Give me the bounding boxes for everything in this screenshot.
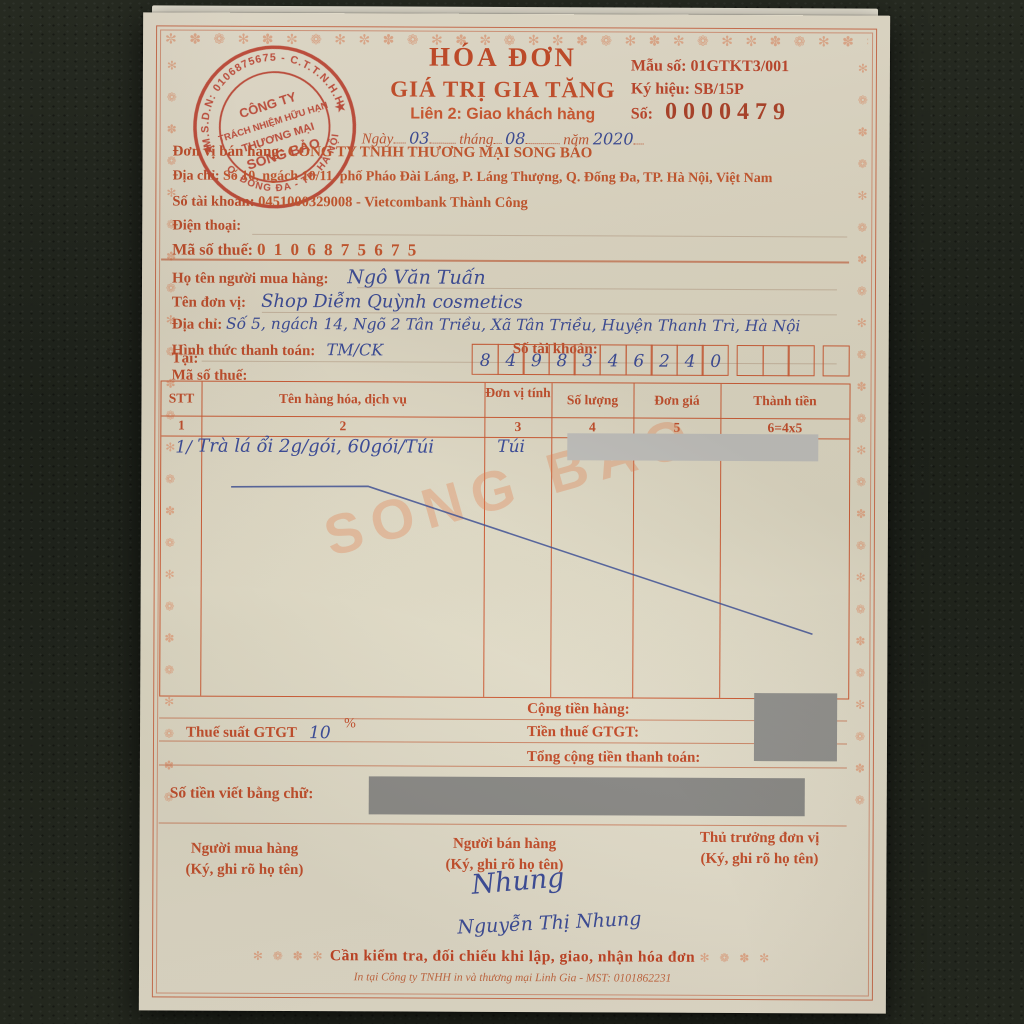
tax-box-empty — [823, 345, 850, 376]
signature-director: Thủ trưởng đơn vị (Ký, ghi rõ họ tên) — [659, 828, 859, 871]
grand-total-label: Tổng cộng tiền thanh toán: — [527, 749, 700, 767]
buyer-unit-label: Tên đơn vị: — [172, 295, 246, 311]
vat-rate-value: 10 — [309, 723, 331, 743]
col-header-name: Tên hàng hóa, dịch vụ — [201, 391, 484, 407]
serial-label: Ký hiệu: — [631, 81, 690, 98]
footer-notice-text: Cần kiểm tra, đối chiếu khi lập, giao, n… — [330, 947, 695, 966]
item-1-unit: Túi — [497, 437, 525, 457]
buyer-name-row: Họ tên người mua hàng: Ngô Văn Tuấn — [172, 266, 486, 289]
tax-box: 4 — [497, 344, 524, 375]
seller-account-label: Số tài khoản: — [172, 194, 254, 210]
serial-value: SB/15P — [694, 81, 744, 98]
signature-director-title: Thủ trưởng đơn vị — [660, 828, 860, 850]
vat-amount-label: Tiền thuế GTGT: — [527, 724, 639, 741]
buyer-address-value: Số 5, ngách 14, Ngõ 2 Tân Triều, Xã Tân … — [226, 315, 800, 336]
tax-box: 8 — [548, 344, 575, 375]
seller-address-value: Số 10, ngách 10/11, phố Pháo Đài Láng, P… — [223, 169, 773, 186]
footer-ornament-right: ✻ ❁ ✽ ✼ — [700, 951, 773, 965]
buyer-address-row: Địa chỉ: Số 5, ngách 14, Ngõ 2 Tân Triều… — [172, 315, 801, 337]
buyer-address-label: Địa chỉ: — [172, 317, 222, 333]
seller-tax-label: Mã số thuế: — [172, 242, 253, 259]
seller-address-row: Địa chỉ: Số 10, ngách 10/11, phố Pháo Đà… — [172, 169, 772, 188]
tax-box: 9 — [523, 344, 550, 375]
vat-rate-percent: % — [344, 716, 356, 732]
footer-notice: ✻ ❁ ✽ ✼ Cần kiểm tra, đối chiếu khi lập,… — [169, 946, 856, 967]
signature-buyer-note: (Ký, ghi rõ họ tên) — [149, 859, 339, 881]
buyer-name-value: Ngô Văn Tuấn — [347, 266, 485, 289]
tax-box-empty — [788, 345, 815, 376]
seller-unit-label: Đơn vị bán hàng: — [173, 144, 284, 160]
invoice-number: 0000479 — [665, 99, 791, 126]
seller-tax-row: Mã số thuế: 0 1 0 6 8 7 5 6 7 5 — [172, 240, 418, 261]
tax-box: 4 — [676, 345, 703, 376]
tax-box: 2 — [651, 345, 678, 376]
number-label: Số: — [631, 106, 653, 123]
form-no-line: Mẫu số: 01GTKT3/001 — [631, 55, 871, 79]
buyer-unit-value: Shop Diễm Quỳnh cosmetics — [261, 291, 523, 313]
buyer-tax-boxes: 8 4 9 8 3 4 6 2 4 0 — [472, 344, 849, 377]
tax-box-empty — [762, 345, 789, 376]
col-num-1: 1 — [161, 417, 201, 433]
seller-account-value: 0451000329008 - Vietcombank Thành Công — [258, 194, 528, 211]
tax-box: 3 — [574, 344, 601, 375]
seller-tax-value: 0 1 0 6 8 7 5 6 7 5 — [257, 240, 418, 260]
seller-phone-row: Điện thoại: — [172, 218, 241, 235]
signature-buyer-title: Người mua hàng — [149, 838, 339, 860]
seller-phone-label: Điện thoại: — [172, 218, 241, 234]
seller-account-row: Số tài khoản: 0451000329008 - Vietcomban… — [172, 194, 528, 213]
tax-box: 6 — [625, 344, 652, 375]
subtotal-label: Cộng tiền hàng: — [527, 701, 630, 718]
date-year-value: 2020 — [593, 129, 634, 148]
signature-seller-title: Người bán hàng — [410, 834, 600, 856]
buyer-payment-row: Hình thức thanh toán: TM/CK — [172, 340, 384, 361]
buyer-unit-row: Tên đơn vị: Shop Diễm Quỳnh cosmetics — [172, 291, 523, 314]
tax-box-empty — [737, 345, 764, 376]
seller-address-label: Địa chỉ: — [172, 169, 219, 184]
redaction-box-amount-words — [369, 776, 805, 816]
col-num-2: 2 — [201, 418, 484, 435]
tax-box: 8 — [472, 344, 499, 375]
amount-in-words-label: Số tiền viết bằng chữ: — [170, 784, 314, 803]
payment-method-value: TM/CK — [327, 340, 384, 359]
form-no-value: 01GTKT3/001 — [690, 58, 789, 75]
col-num-3: 3 — [484, 419, 551, 435]
col-header-amount: Thành tiền — [720, 393, 849, 409]
signature-buyer: Người mua hàng (Ký, ghi rõ họ tên) — [149, 838, 339, 881]
tax-box: 0 — [702, 345, 729, 376]
seller-unit-row: Đơn vị bán hàng: CÔNG TY TNHH THƯƠNG MẠI… — [173, 144, 593, 163]
buyer-at-row: Tại: — [172, 351, 199, 368]
number-line: Số: 0000479 — [631, 101, 871, 127]
items-table: STT Tên hàng hóa, dịch vụ Đơn vị tính Số… — [159, 380, 850, 699]
seller-unit-value: CÔNG TY TNHH THƯƠNG MẠI SONG BẢO — [288, 144, 593, 161]
item-1-name: Trà lá ổi 2g/gói, 60gói/Túi — [197, 436, 434, 458]
footer-ornament-left: ✻ ❁ ✽ ✼ — [253, 949, 326, 963]
col-header-qty: Số lượng — [551, 392, 633, 407]
invoice-meta: Mẫu số: 01GTKT3/001 Ký hiệu: SB/15P Số: … — [631, 55, 871, 127]
tax-box: 4 — [600, 344, 627, 375]
invoice-page: ✼ ✽ ❁ ✻ ✽ ✼ ❁ ✻ ✼ ✽ ❁ ✻ ✽ ✼ ❁ ✻ ✼ ✽ ❁ ✻ … — [139, 12, 890, 1013]
buyer-at-label: Tại: — [172, 351, 199, 367]
col-header-unit: Đơn vị tính — [484, 385, 551, 400]
redaction-box-item-amounts — [567, 433, 818, 461]
vat-rate-label: Thuế suất GTGT — [186, 725, 297, 742]
form-no-label: Mẫu số: — [631, 58, 687, 75]
item-1-stt: 1/ — [175, 438, 192, 458]
col-header-stt: STT — [161, 390, 201, 405]
redaction-box-totals — [754, 693, 837, 761]
buyer-name-label: Họ tên người mua hàng: — [172, 271, 329, 288]
signature-director-note: (Ký, ghi rõ họ tên) — [659, 849, 859, 871]
